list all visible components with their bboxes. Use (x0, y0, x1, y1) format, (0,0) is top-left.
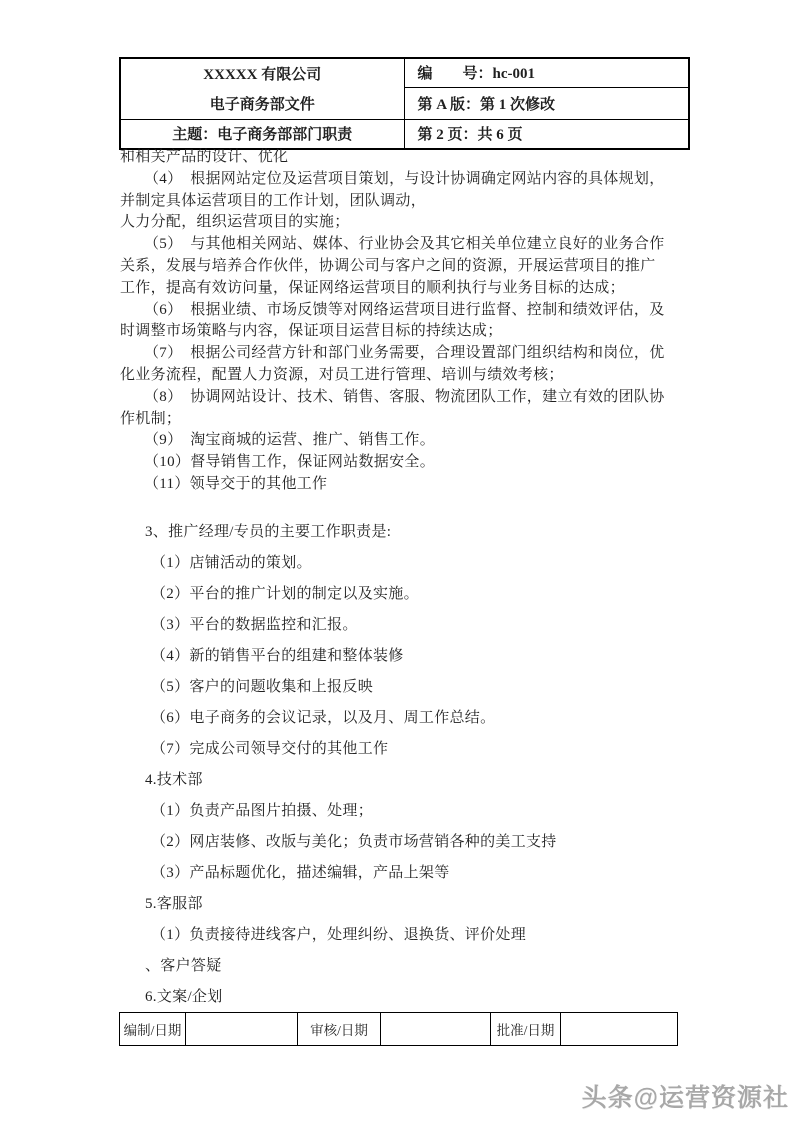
doc-line: （5）客户的问题收集和上报反映 (120, 672, 680, 703)
doc-line: （2）平台的推广计划的制定以及实施。 (120, 579, 680, 610)
document-body: 和相关产品的设计、优化 （4） 根据网站定位及运营项目策划，与设计协调确定网站内… (120, 147, 680, 1013)
section-heading: 4.技术部 (120, 765, 680, 796)
doc-line: 并制定具体运营项目的工作计划，团队调动， (120, 191, 680, 213)
departments-section: 3、推广经理/专员的主要工作职责是: （1）店铺活动的策划。 （2）平台的推广计… (120, 517, 680, 1013)
prepared-label: 编制/日期 (120, 1013, 186, 1046)
section-spacer (120, 496, 680, 517)
header-table: XXXXX 有限公司 电子商务部文件 编 号：hc-001 第 A 版：第 1 … (119, 57, 690, 150)
doc-line: 工作，提高有效访问量，保证网络运营项目的顺利执行与业务目标的达成； (120, 278, 680, 300)
doc-line: 和相关产品的设计、优化 (120, 147, 680, 169)
doc-line: 人力分配，组织运营项目的实施； (120, 212, 680, 234)
doc-line: （6）电子商务的会议记录，以及月、周工作总结。 (120, 703, 680, 734)
document-page: XXXXX 有限公司 电子商务部文件 编 号：hc-001 第 A 版：第 1 … (0, 0, 794, 1123)
approved-label: 批准/日期 (491, 1013, 561, 1046)
doc-line: （1）负责产品图片拍摄、处理； (120, 796, 680, 827)
doc-line: 、客户答疑 (120, 951, 680, 982)
doc-version: 第 A 版：第 1 次修改 (404, 87, 689, 119)
doc-line: （7） 根据公司经营方针和部门业务需要，合理设置部门组织结构和岗位，优 (120, 343, 680, 365)
doc-line: （8） 协调网站设计、技术、销售、客服、物流团队工作，建立有效的团队协 (120, 387, 680, 409)
department-file-title: 电子商务部文件 (121, 93, 404, 114)
responsibilities-section: 和相关产品的设计、优化 （4） 根据网站定位及运营项目策划，与设计协调确定网站内… (120, 147, 680, 496)
page-info: 第 2 页：共 6 页 (404, 119, 689, 149)
signature-table: 编制/日期 审核/日期 批准/日期 (119, 1012, 678, 1046)
doc-line: （4） 根据网站定位及运营项目策划，与设计协调确定网站内容的具体规划， (120, 169, 680, 191)
doc-subject: 主题：电子商务部部门职责 (120, 119, 404, 149)
doc-line: （10）督导销售工作，保证网站数据安全。 (120, 452, 680, 474)
doc-line: （6） 根据业绩、市场反馈等对网络运营项目进行监督、控制和绩效评估，及 (120, 300, 680, 322)
doc-line: （9） 淘宝商城的运营、推广、销售工作。 (120, 430, 680, 452)
reviewed-value (381, 1013, 491, 1046)
doc-line: 作机制； (120, 409, 680, 431)
doc-line: （1）店铺活动的策划。 (120, 548, 680, 579)
doc-line: （5） 与其他相关网站、媒体、行业协会及其它相关单位建立良好的业务合作 (120, 234, 680, 256)
prepared-value (186, 1013, 298, 1046)
doc-line: 关系，发展与培养合作伙伴，协调公司与客户之间的资源，开展运营项目的推广 (120, 256, 680, 278)
doc-line: 时调整市场策略与内容，保证项目运营目标的持续达成； (120, 321, 680, 343)
doc-number: 编 号：hc-001 (404, 58, 689, 87)
header-company-cell: XXXXX 有限公司 电子商务部文件 (120, 58, 404, 119)
doc-line: （1）负责接待进线客户，处理纠纷、退换货、评价处理 (120, 920, 680, 951)
doc-line: （11）领导交于的其他工作 (120, 474, 680, 496)
section-heading: 5.客服部 (120, 889, 680, 920)
doc-line: （7）完成公司领导交付的其他工作 (120, 734, 680, 765)
company-name: XXXXX 有限公司 (121, 63, 404, 84)
section-heading: 6.文案/企划 (120, 982, 680, 1013)
reviewed-label: 审核/日期 (298, 1013, 381, 1046)
section-heading: 3、推广经理/专员的主要工作职责是: (120, 517, 680, 548)
approved-value (561, 1013, 678, 1046)
doc-line: 化业务流程，配置人力资源，对员工进行管理、培训与绩效考核； (120, 365, 680, 387)
doc-line: （4）新的销售平台的组建和整体装修 (120, 641, 680, 672)
doc-line: （3）产品标题优化，描述编辑，产品上架等 (120, 858, 680, 889)
doc-line: （2）网店装修、改版与美化；负责市场营销各种的美工支持 (120, 827, 680, 858)
watermark-text: 头条@运营资源社 (582, 1078, 789, 1114)
doc-line: （3）平台的数据监控和汇报。 (120, 610, 680, 641)
